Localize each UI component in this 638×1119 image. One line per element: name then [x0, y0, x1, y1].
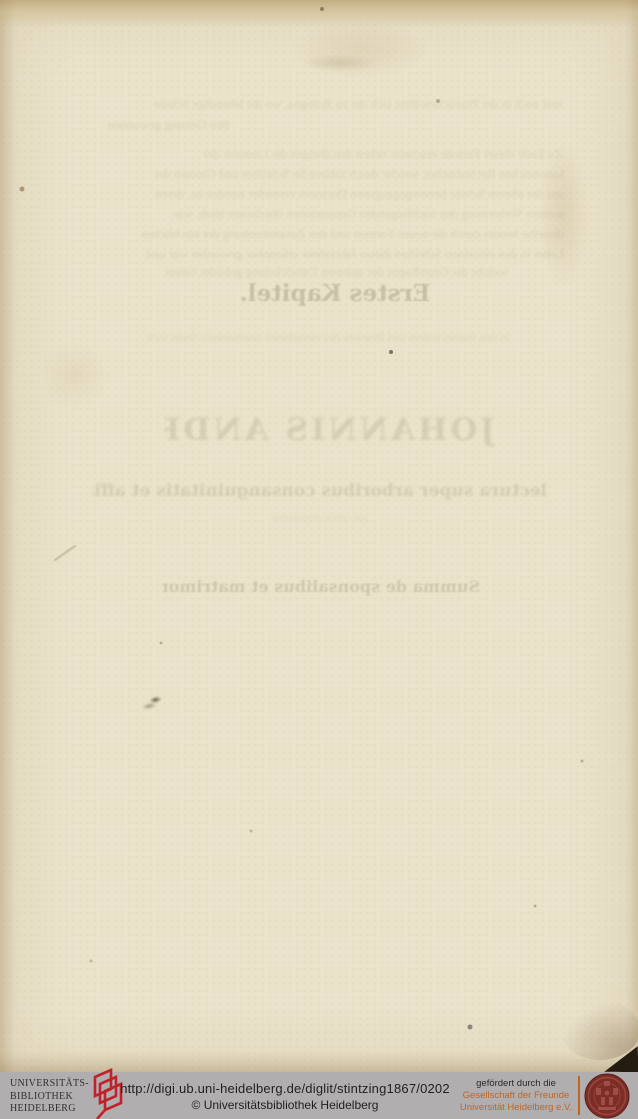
library-name: UNIVERSITÄTS- BIBLIOTHEK HEIDELBERG — [10, 1078, 89, 1116]
library-name-line: BIBLIOTHEK — [10, 1091, 89, 1104]
showthrough-subtitle: lectura super arboribus consanguinitatis… — [92, 481, 547, 501]
corner-shadow — [560, 1000, 638, 1060]
divider-line — [578, 1076, 580, 1115]
showthrough-chapter-heading: Erstes Kapitel. — [230, 280, 440, 307]
paper-stain — [40, 340, 110, 410]
library-name-line: HEIDELBERG — [10, 1103, 89, 1116]
showthrough-body-line: kanonischen Rechtsbücher, welche durch z… — [88, 166, 564, 181]
showthrough-body-line: und auch in der Praxis bewährte sich der… — [95, 96, 562, 111]
showthrough-body-line: Lehre in den einzelnen Schriften dieser … — [88, 246, 564, 261]
showthrough-body-line: Zu Ende dieser Periode erscheint neben d… — [128, 146, 562, 161]
funding-line: Universität Heidelberg e.V. — [458, 1102, 574, 1114]
funding-line: Gesellschaft der Freunde — [458, 1090, 574, 1102]
showthrough-work-title: Summa de sponsalibus et matrimoniis. — [162, 577, 480, 596]
footer-bar: UNIVERSITÄTS- BIBLIOTHEK HEIDELBERG http… — [0, 1072, 638, 1119]
copyright-line: © Universitätsbibliothek Heidelberg — [118, 1098, 452, 1112]
page-number-showthrough — [305, 55, 375, 71]
page-top-edge — [0, 0, 638, 28]
showthrough-body-line: weitere Verbreitung den nachfolgenden Ge… — [88, 206, 564, 221]
funding-note: gefördert durch die Gesellschaft der Fre… — [458, 1078, 574, 1114]
paper-specks — [0, 0, 2, 2]
scan-url: http://digi.ub.uni-heidelberg.de/diglit/… — [118, 1081, 452, 1096]
university-seal-icon — [584, 1073, 630, 1119]
paper-stain — [290, 20, 430, 80]
page-right-edge — [626, 0, 638, 1072]
showthrough-author-heading: JOHANNIS ANDREAE — [165, 412, 495, 448]
page-left-edge — [0, 0, 16, 1072]
showthrough-body-line: ihre Geltung gewonnen — [95, 117, 230, 132]
funding-line: gefördert durch die — [458, 1078, 574, 1090]
showthrough-body-line: aus der älteren Schule hervorgegangenen … — [88, 186, 564, 201]
library-name-line: UNIVERSITÄTS- — [10, 1078, 89, 1091]
stamp-center: http://digi.ub.uni-heidelberg.de/diglit/… — [118, 1072, 452, 1112]
showthrough-body-line: dieselbe bereits durch die neuen Formen … — [88, 226, 564, 241]
showthrough-small-line: pars prior et posterior — [255, 512, 385, 524]
showthrough-body-line: welche die Grundlagen der späteren Entwi… — [88, 264, 508, 279]
showthrough-faint-line: In den Handschriften und Drucken des vie… — [130, 330, 510, 345]
book-page-scan: und auch in der Praxis bewährte sich der… — [0, 0, 638, 1072]
